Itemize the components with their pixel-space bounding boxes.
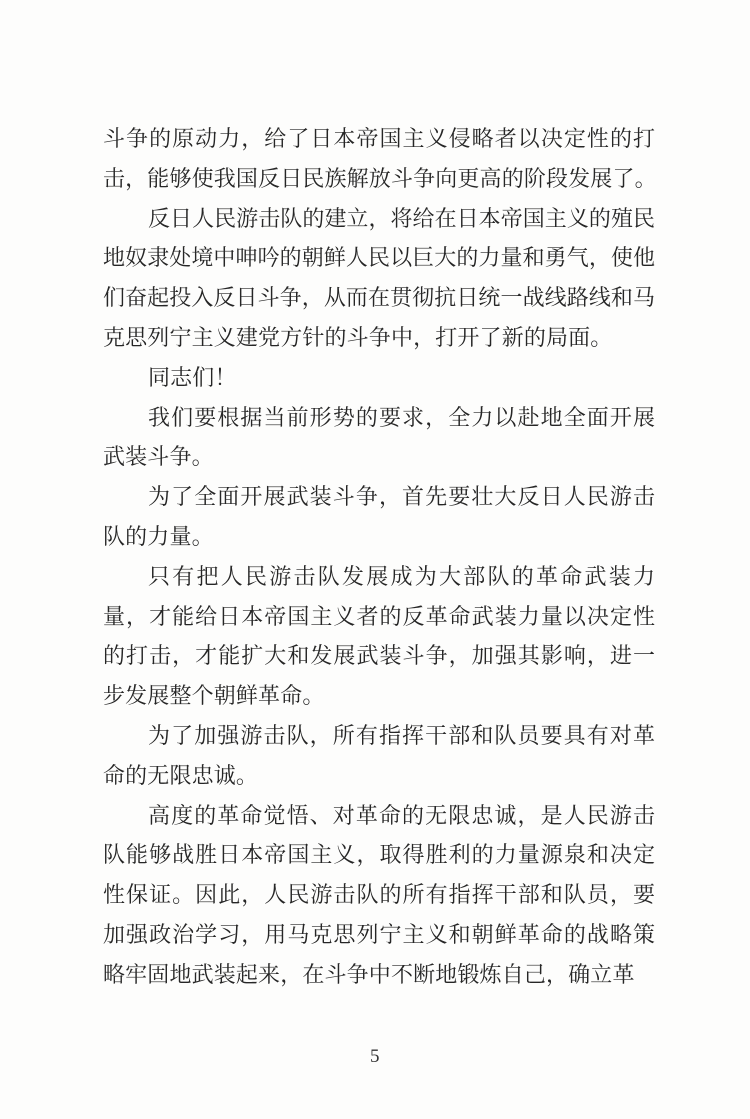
text-line: 击，能够使我国反日民族解放斗争向更高的阶段发展了。 (103, 159, 655, 199)
page-number: 5 (0, 1046, 750, 1068)
book-page: 斗争的原动力，给了日本帝国主义侵略者以决定性的打击，能够使我国反日民族解放斗争向… (0, 0, 750, 1119)
text-line: 为了加强游击队，所有指挥干部和队员要具有对革 (103, 716, 655, 756)
text-line: 命的无限忠诚。 (103, 756, 655, 796)
text-line: 武装斗争。 (103, 437, 655, 477)
text-line: 们奋起投入反日斗争，从而在贯彻抗日统一战线路线和马 (103, 278, 655, 318)
text-line: 克思列宁主义建党方针的斗争中，打开了新的局面。 (103, 318, 655, 358)
text-line: 高度的革命觉悟、对革命的无限忠诚，是人民游击 (103, 796, 655, 836)
text-line: 队的力量。 (103, 517, 655, 557)
text-line: 队能够战胜日本帝国主义，取得胜利的力量源泉和决定 (103, 835, 655, 875)
text-line: 地奴隶处境中呻吟的朝鲜人民以巨大的力量和勇气，使他 (103, 238, 655, 278)
paragraph: 斗争的原动力，给了日本帝国主义侵略者以决定性的打击，能够使我国反日民族解放斗争向… (103, 119, 655, 199)
paragraph: 高度的革命觉悟、对革命的无限忠诚，是人民游击队能够战胜日本帝国主义，取得胜利的力… (103, 796, 655, 995)
text-line: 加强政治学习，用马克思列宁主义和朝鲜革命的战略策 (103, 915, 655, 955)
text-line: 为了全面开展武装斗争，首先要壮大反日人民游击 (103, 477, 655, 517)
paragraph: 为了加强游击队，所有指挥干部和队员要具有对革命的无限忠诚。 (103, 716, 655, 796)
text-line: 斗争的原动力，给了日本帝国主义侵略者以决定性的打 (103, 119, 655, 159)
text-line: 步发展整个朝鲜革命。 (103, 676, 655, 716)
text-block: 斗争的原动力，给了日本帝国主义侵略者以决定性的打击，能够使我国反日民族解放斗争向… (103, 119, 655, 995)
text-line: 性保证。因此，人民游击队的所有指挥干部和队员，要 (103, 875, 655, 915)
paragraph: 我们要根据当前形势的要求，全力以赴地全面开展武装斗争。 (103, 398, 655, 478)
paragraph: 同志们！ (103, 358, 655, 398)
text-line: 只有把人民游击队发展成为大部队的革命武装力 (103, 557, 655, 597)
paragraph: 为了全面开展武装斗争，首先要壮大反日人民游击队的力量。 (103, 477, 655, 557)
paragraph: 只有把人民游击队发展成为大部队的革命武装力量，才能给日本帝国主义者的反革命武装力… (103, 557, 655, 716)
text-line: 的打击，才能扩大和发展武装斗争，加强其影响，进一 (103, 636, 655, 676)
paragraph: 反日人民游击队的建立，将给在日本帝国主义的殖民地奴隶处境中呻吟的朝鲜人民以巨大的… (103, 199, 655, 358)
text-line: 我们要根据当前形势的要求，全力以赴地全面开展 (103, 398, 655, 438)
text-line: 反日人民游击队的建立，将给在日本帝国主义的殖民 (103, 199, 655, 239)
text-line: 量，才能给日本帝国主义者的反革命武装力量以决定性 (103, 597, 655, 637)
text-line: 略牢固地武装起来，在斗争中不断地锻炼自己，确立革 (103, 955, 655, 995)
text-line: 同志们！ (103, 358, 655, 398)
